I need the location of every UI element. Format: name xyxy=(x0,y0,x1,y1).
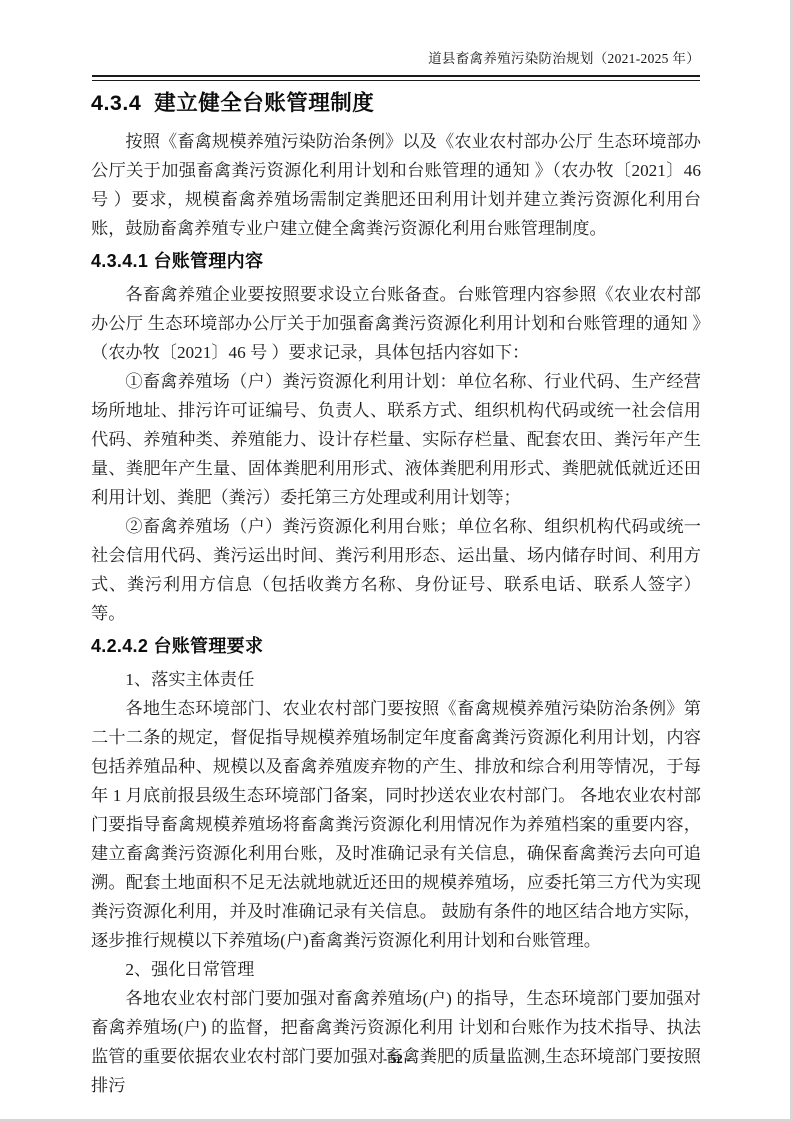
subsection-heading-ledger-requirements: 4.2.4.2 台账管理要求 xyxy=(91,633,701,659)
subsection-heading-ledger-content: 4.3.4.1 台账管理内容 xyxy=(91,248,701,274)
responsibility-item-title: 1、落实主体责任 xyxy=(91,665,701,694)
document-content: 4.3.4 建立健全台账管理制度 按照《畜禽规模养殖污染防治条例》以及《农业农村… xyxy=(91,88,701,1100)
ledger-account-item-paragraph: ②畜禽养殖场（户）粪污资源化利用台账；单位名称、组织机构代码或统一社会信用代码、… xyxy=(91,512,701,628)
page-header: 道县畜禽养殖污染防治规划（2021-2025 年） xyxy=(92,50,700,67)
ledger-plan-item-paragraph: ①畜禽养殖场（户）粪污资源化利用计划：单位名称、行业代码、生产经营场所地址、排污… xyxy=(91,367,701,512)
header-title: 道县畜禽养殖污染防治规划（2021-2025 年） xyxy=(428,51,700,66)
page-footer: - 52 - xyxy=(0,1051,793,1067)
section-heading: 4.3.4 建立健全台账管理制度 xyxy=(91,88,701,118)
responsibility-item-paragraph: 各地生态环境部门、农业农村部门要按照《畜禽规模养殖污染防治条例》第二十二条的规定… xyxy=(91,694,701,955)
daily-management-item-title: 2、强化日常管理 xyxy=(91,955,701,984)
document-page: 道县畜禽养殖污染防治规划（2021-2025 年） 4.3.4 建立健全台账管理… xyxy=(0,0,793,1122)
page-number: - 52 - xyxy=(383,1052,410,1066)
ledger-content-intro-paragraph: 各畜禽养殖企业要按照要求设立台账备查。台账管理内容参照《农业农村部办公厅 生态环… xyxy=(91,280,701,367)
header-rule xyxy=(92,75,700,81)
daily-management-item-paragraph: 各地农业农村部门要加强对畜禽养殖场(户) 的指导，生态环境部门要加强对畜禽养殖场… xyxy=(91,984,701,1100)
intro-paragraph: 按照《畜禽规模养殖污染防治条例》以及《农业农村部办公厅 生态环境部办公厅关于加强… xyxy=(91,127,701,243)
